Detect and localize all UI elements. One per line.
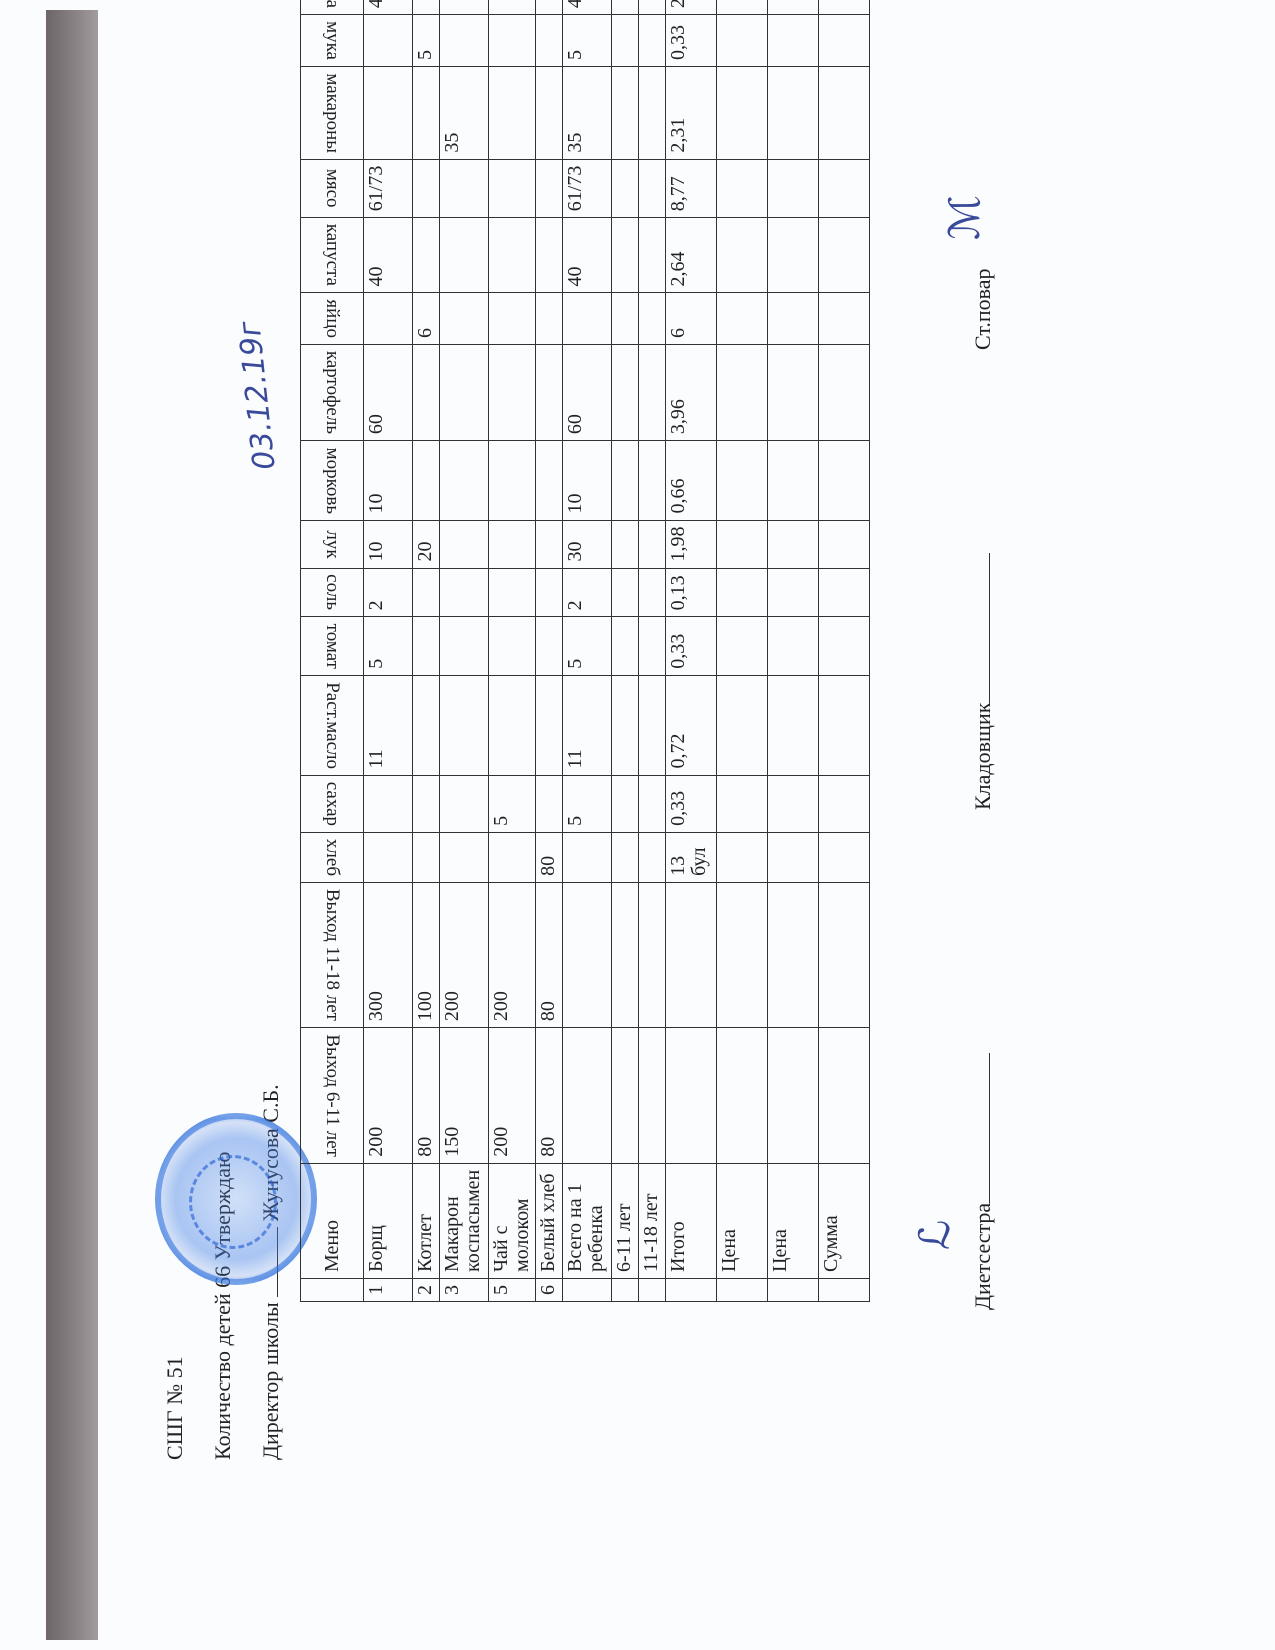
ingredient-amount: 5 bbox=[364, 617, 413, 675]
output-6-11 bbox=[717, 1028, 768, 1164]
ingredient-amount bbox=[768, 159, 819, 218]
ingredient-amount bbox=[639, 675, 666, 775]
ingredient-amount bbox=[717, 441, 768, 520]
ingredient-amount bbox=[489, 568, 536, 617]
ingredient-amount: 3,96 bbox=[666, 345, 717, 441]
ingredient-amount bbox=[819, 832, 870, 882]
ingredient-amount bbox=[536, 617, 563, 675]
ingredient-amount bbox=[612, 218, 639, 293]
ingredient-amount bbox=[819, 520, 870, 568]
output-11-18: 100 bbox=[413, 882, 440, 1027]
ingredient-amount bbox=[639, 293, 666, 345]
header-ingredient: яйцо bbox=[301, 293, 364, 345]
ingredient-amount bbox=[639, 15, 666, 67]
ingredient-amount bbox=[612, 675, 639, 775]
ingredient-amount: 40 bbox=[563, 0, 612, 15]
output-6-11 bbox=[768, 1028, 819, 1164]
ingredient-amount bbox=[819, 345, 870, 441]
header-ingredient-label: мука bbox=[322, 21, 342, 60]
ingredient-amount bbox=[440, 520, 489, 568]
ingredient-amount bbox=[364, 67, 413, 160]
ingredient-amount bbox=[639, 67, 666, 160]
ingredient-amount: 60 bbox=[563, 345, 612, 441]
ingredient-amount: 10 bbox=[364, 441, 413, 520]
ingredient-amount bbox=[489, 293, 536, 345]
table-header-row: Меню Выход 6-11 лет Выход 11-18 лет хлеб… bbox=[301, 0, 364, 1302]
row-number bbox=[612, 1279, 639, 1302]
ingredient-amount bbox=[536, 218, 563, 293]
ingredient-amount bbox=[440, 15, 489, 67]
ingredient-amount bbox=[364, 15, 413, 67]
ingredient-amount: 35 bbox=[563, 67, 612, 160]
storekeeper-signature: Кладовщик bbox=[970, 553, 996, 810]
ingredient-amount bbox=[717, 675, 768, 775]
output-11-18 bbox=[639, 882, 666, 1027]
ingredient-amount bbox=[768, 293, 819, 345]
ingredient-amount bbox=[536, 159, 563, 218]
header-output-11-18: Выход 11-18 лет bbox=[301, 882, 364, 1027]
header-ingredient-label: макароны bbox=[322, 73, 342, 153]
row-number: 5 bbox=[489, 1279, 536, 1302]
ingredient-amount bbox=[536, 0, 563, 15]
ingredient-amount bbox=[612, 775, 639, 832]
ingredient-amount bbox=[440, 159, 489, 218]
table-row: Цена bbox=[768, 0, 819, 1302]
ingredient-amount bbox=[612, 568, 639, 617]
ingredient-amount bbox=[536, 675, 563, 775]
dish-name: Чай с молоком bbox=[489, 1163, 536, 1278]
ingredient-amount bbox=[819, 675, 870, 775]
ingredient-amount bbox=[612, 67, 639, 160]
ingredient-amount bbox=[819, 293, 870, 345]
ingredient-amount bbox=[413, 345, 440, 441]
output-6-11 bbox=[563, 1028, 612, 1164]
ingredient-amount bbox=[489, 67, 536, 160]
ingredient-amount: 80 bbox=[536, 832, 563, 882]
ingredient-amount bbox=[819, 67, 870, 160]
school-seal-stamp-icon bbox=[155, 1113, 317, 1285]
ingredient-amount bbox=[612, 345, 639, 441]
header-ingredient: томат bbox=[301, 617, 364, 675]
table-row: 6Белый хлеб808080 bbox=[536, 0, 563, 1302]
ingredient-amount bbox=[639, 568, 666, 617]
header-ingredient: Раст.масло bbox=[301, 675, 364, 775]
dish-name: Итого bbox=[666, 1163, 717, 1278]
table-row: 11-18 лет bbox=[639, 0, 666, 1302]
dietitian-signature-line bbox=[989, 1053, 990, 1203]
ingredient-amount bbox=[413, 775, 440, 832]
ingredient-amount: 61/73 bbox=[563, 159, 612, 218]
head-cook-signature: Ст.повар bbox=[970, 269, 996, 350]
dish-name: Всего на 1 ребенка bbox=[563, 1163, 612, 1278]
menu-table-body: 1Борщ20030011521010604061/73402Котлет801… bbox=[364, 0, 870, 1302]
ingredient-amount bbox=[717, 67, 768, 160]
ingredient-amount bbox=[563, 832, 612, 882]
row-number: 3 bbox=[440, 1279, 489, 1302]
ingredient-amount: 2,64 bbox=[666, 218, 717, 293]
row-number bbox=[563, 1279, 612, 1302]
ingredient-amount bbox=[639, 617, 666, 675]
ingredient-amount: 40 bbox=[364, 218, 413, 293]
header-ingredient-label: Раст.масло bbox=[322, 682, 342, 769]
ingredient-amount bbox=[612, 159, 639, 218]
ingredient-amount bbox=[489, 159, 536, 218]
ingredient-amount bbox=[536, 775, 563, 832]
ingredient-amount bbox=[768, 441, 819, 520]
ingredient-amount bbox=[717, 617, 768, 675]
ingredient-amount bbox=[768, 520, 819, 568]
ingredient-amount bbox=[536, 67, 563, 160]
ingredient-amount bbox=[364, 293, 413, 345]
header-ingredient-label: морковь bbox=[322, 447, 342, 513]
ingredient-amount bbox=[639, 520, 666, 568]
ingredient-amount: 60 bbox=[364, 345, 413, 441]
children-count-label: Количество детей 66 bbox=[210, 1266, 235, 1460]
ingredient-amount bbox=[717, 775, 768, 832]
dish-name: 11-18 лет bbox=[639, 1163, 666, 1278]
stamp-emblem-icon bbox=[189, 1155, 277, 1249]
ingredient-amount: 40 bbox=[364, 0, 413, 15]
ingredient-amount bbox=[768, 617, 819, 675]
ingredient-amount bbox=[364, 775, 413, 832]
head-cook-signature-scribble: ℳ bbox=[940, 195, 989, 240]
ingredient-amount: 40 bbox=[563, 218, 612, 293]
ingredient-amount bbox=[364, 832, 413, 882]
ingredient-amount bbox=[536, 293, 563, 345]
table-row: 1Борщ20030011521010604061/7340 bbox=[364, 0, 413, 1302]
ingredient-amount bbox=[536, 345, 563, 441]
school-title: СШГ № 51 bbox=[162, 1356, 188, 1460]
table-row: 5Чай с молоком20020050,210 bbox=[489, 0, 536, 1302]
table-row: Итого13 бул0,330,720,330,131,980,663,966… bbox=[666, 0, 717, 1302]
ingredient-amount bbox=[768, 15, 819, 67]
ingredient-amount bbox=[717, 159, 768, 218]
ingredient-amount bbox=[612, 617, 639, 675]
header-ingredient: капуста bbox=[301, 218, 364, 293]
ingredient-amount bbox=[612, 15, 639, 67]
ingredient-amount bbox=[639, 775, 666, 832]
ingredient-amount bbox=[612, 832, 639, 882]
header-ingredient-label: мясо bbox=[322, 166, 342, 212]
ingredient-amount bbox=[717, 345, 768, 441]
output-11-18 bbox=[612, 882, 639, 1027]
ingredient-amount bbox=[440, 775, 489, 832]
ingredient-amount: 6 bbox=[666, 293, 717, 345]
output-6-11 bbox=[819, 1028, 870, 1164]
header-ingredient: картофель bbox=[301, 345, 364, 441]
output-11-18: 80 bbox=[536, 882, 563, 1027]
header-ingredient-label: сахар bbox=[322, 782, 342, 826]
ingredient-amount: 0,33 bbox=[666, 15, 717, 67]
ingredient-amount bbox=[768, 775, 819, 832]
ingredient-amount bbox=[489, 441, 536, 520]
ingredient-amount bbox=[413, 67, 440, 160]
output-11-18 bbox=[563, 882, 612, 1027]
output-11-18 bbox=[819, 882, 870, 1027]
output-11-18: 200 bbox=[489, 882, 536, 1027]
header-ingredient-label: картофель bbox=[322, 351, 342, 434]
ingredient-amount bbox=[440, 0, 489, 15]
scanner-binding-edge bbox=[46, 10, 98, 1640]
ingredient-amount bbox=[768, 218, 819, 293]
ingredient-amount bbox=[612, 520, 639, 568]
dish-name: Котлет bbox=[413, 1163, 440, 1278]
table-row: 3Макарон коспасымен15020035 bbox=[440, 0, 489, 1302]
ingredient-amount bbox=[717, 218, 768, 293]
dish-name: Цена bbox=[768, 1163, 819, 1278]
ingredient-amount bbox=[819, 218, 870, 293]
ingredient-amount bbox=[489, 218, 536, 293]
ingredient-amount bbox=[489, 15, 536, 67]
table-row: Цена bbox=[717, 0, 768, 1302]
table-row: 2Котлет80100206510 bbox=[413, 0, 440, 1302]
ingredient-amount bbox=[440, 617, 489, 675]
dietitian-label: Диетсестра bbox=[970, 1203, 995, 1310]
ingredient-amount bbox=[413, 675, 440, 775]
ingredient-amount: 13 бул bbox=[666, 832, 717, 882]
ingredient-amount bbox=[819, 775, 870, 832]
handwritten-date: 03.12.19г bbox=[232, 319, 282, 471]
ingredient-amount bbox=[768, 675, 819, 775]
head-cook-label: Ст.повар bbox=[970, 269, 995, 350]
table-row: 6-11 лет bbox=[612, 0, 639, 1302]
ingredient-amount bbox=[489, 675, 536, 775]
ingredient-amount bbox=[413, 159, 440, 218]
director-label: Директор школы bbox=[258, 1302, 283, 1460]
ingredient-amount: 2,31 bbox=[666, 67, 717, 160]
dish-name: 6-11 лет bbox=[612, 1163, 639, 1278]
header-ingredient: мясо bbox=[301, 159, 364, 218]
ingredient-amount bbox=[639, 0, 666, 15]
output-6-11: 80 bbox=[413, 1028, 440, 1164]
ingredient-amount: 5 bbox=[563, 15, 612, 67]
ingredient-amount bbox=[612, 0, 639, 15]
ingredient-amount bbox=[639, 345, 666, 441]
ingredient-amount bbox=[440, 441, 489, 520]
ingredient-amount bbox=[717, 520, 768, 568]
header-num bbox=[301, 1279, 364, 1302]
ingredient-amount: 11 bbox=[563, 675, 612, 775]
output-6-11: 200 bbox=[489, 1028, 536, 1164]
dish-name: Белый хлеб bbox=[536, 1163, 563, 1278]
output-6-11 bbox=[639, 1028, 666, 1164]
header-output-6-11-label: Выход 6-11 лет bbox=[322, 1034, 342, 1157]
ingredient-amount bbox=[489, 520, 536, 568]
ingredient-amount bbox=[768, 568, 819, 617]
ingredient-amount bbox=[413, 0, 440, 15]
ingredient-amount: 8,77 bbox=[666, 159, 717, 218]
ingredient-amount bbox=[717, 0, 768, 15]
rotated-page: СШГ № 51 Количество детей 66 Утверждаю Д… bbox=[140, 0, 1020, 1500]
ingredient-amount: 5 bbox=[413, 15, 440, 67]
ingredient-amount bbox=[612, 293, 639, 345]
ingredient-amount: 0,13 bbox=[666, 568, 717, 617]
header-ingredient: макароны bbox=[301, 67, 364, 160]
ingredient-amount bbox=[413, 617, 440, 675]
ingredient-amount bbox=[639, 441, 666, 520]
header-ingredient: морковь bbox=[301, 441, 364, 520]
ingredient-amount bbox=[440, 675, 489, 775]
ingredient-amount: 2,64 bbox=[666, 0, 717, 15]
ingredient-amount bbox=[819, 0, 870, 15]
output-11-18: 200 bbox=[440, 882, 489, 1027]
output-6-11 bbox=[666, 1028, 717, 1164]
ingredient-amount bbox=[489, 617, 536, 675]
row-number bbox=[639, 1279, 666, 1302]
output-11-18 bbox=[666, 882, 717, 1027]
ingredient-amount: 35 bbox=[440, 67, 489, 160]
ingredient-amount: 0,72 bbox=[666, 675, 717, 775]
ingredient-amount bbox=[413, 568, 440, 617]
ingredient-amount: 2 bbox=[364, 568, 413, 617]
ingredient-amount bbox=[768, 345, 819, 441]
header-ingredient-label: капуста bbox=[322, 224, 342, 286]
dish-name: Борщ bbox=[364, 1163, 413, 1278]
ingredient-amount bbox=[717, 293, 768, 345]
ingredient-amount: 0,33 bbox=[666, 617, 717, 675]
ingredient-amount bbox=[563, 293, 612, 345]
ingredient-amount: 6 bbox=[413, 293, 440, 345]
header-output-6-11: Выход 6-11 лет bbox=[301, 1028, 364, 1164]
ingredient-amount bbox=[819, 568, 870, 617]
row-number bbox=[819, 1279, 870, 1302]
ingredient-amount: 0,33 bbox=[666, 775, 717, 832]
ingredient-amount: 5 bbox=[563, 617, 612, 675]
header-ingredient: мука bbox=[301, 15, 364, 67]
dish-name: Цена bbox=[717, 1163, 768, 1278]
ingredient-amount bbox=[819, 159, 870, 218]
output-6-11: 200 bbox=[364, 1028, 413, 1164]
header-ingredient-label: соль bbox=[322, 575, 342, 611]
ingredient-amount bbox=[536, 441, 563, 520]
ingredient-amount bbox=[413, 832, 440, 882]
output-11-18 bbox=[768, 882, 819, 1027]
table-row: Сумма bbox=[819, 0, 870, 1302]
row-number: 1 bbox=[364, 1279, 413, 1302]
storekeeper-signature-line bbox=[989, 553, 990, 703]
ingredient-amount bbox=[717, 568, 768, 617]
ingredient-amount bbox=[717, 832, 768, 882]
ingredient-amount bbox=[536, 568, 563, 617]
output-11-18 bbox=[717, 882, 768, 1027]
ingredient-amount bbox=[819, 617, 870, 675]
ingredient-amount bbox=[413, 441, 440, 520]
header-ingredient-label: яйцо bbox=[322, 299, 342, 338]
ingredient-amount bbox=[440, 345, 489, 441]
table-row: Всего на 1 ребенка511523010604061/733554… bbox=[563, 0, 612, 1302]
header-ingredient-label: томат bbox=[322, 623, 342, 668]
header-ingredient-label: лук bbox=[322, 527, 342, 562]
header-ingredient: соль bbox=[301, 568, 364, 617]
ingredient-amount bbox=[440, 293, 489, 345]
ingredient-amount bbox=[413, 218, 440, 293]
ingredient-amount: 10 bbox=[364, 520, 413, 568]
dietitian-signature-scribble: ℒ bbox=[910, 1220, 959, 1250]
output-6-11 bbox=[612, 1028, 639, 1164]
ingredient-amount bbox=[536, 520, 563, 568]
ingredient-amount: 20 bbox=[413, 520, 440, 568]
ingredient-amount: 61/73 bbox=[364, 159, 413, 218]
row-number: 6 bbox=[536, 1279, 563, 1302]
ingredient-amount bbox=[768, 0, 819, 15]
ingredient-amount bbox=[768, 832, 819, 882]
ingredient-amount: 30 bbox=[563, 520, 612, 568]
ingredient-amount bbox=[440, 832, 489, 882]
header-menu: Меню bbox=[301, 1163, 364, 1278]
ingredient-amount: 5 bbox=[489, 775, 536, 832]
row-number: 2 bbox=[413, 1279, 440, 1302]
header-ingredient: свекла bbox=[301, 0, 364, 15]
dish-name: Макарон коспасымен bbox=[440, 1163, 489, 1278]
ingredient-amount: 10 bbox=[563, 441, 612, 520]
ingredient-amount bbox=[819, 15, 870, 67]
menu-table: Меню Выход 6-11 лет Выход 11-18 лет хлеб… bbox=[300, 0, 870, 1302]
storekeeper-label: Кладовщик bbox=[970, 703, 995, 810]
header-ingredient: лук bbox=[301, 520, 364, 568]
row-number bbox=[666, 1279, 717, 1302]
header-ingredient: хлеб bbox=[301, 832, 364, 882]
header-ingredient: сахар bbox=[301, 775, 364, 832]
dish-name: Сумма bbox=[819, 1163, 870, 1278]
dietitian-signature: Диетсестра bbox=[970, 1053, 996, 1310]
ingredient-amount bbox=[536, 15, 563, 67]
ingredient-amount bbox=[440, 568, 489, 617]
ingredient-amount: 2 bbox=[563, 568, 612, 617]
ingredient-amount bbox=[819, 441, 870, 520]
ingredient-amount bbox=[717, 15, 768, 67]
row-number bbox=[717, 1279, 768, 1302]
output-11-18: 300 bbox=[364, 882, 413, 1027]
ingredient-amount bbox=[489, 832, 536, 882]
output-6-11: 150 bbox=[440, 1028, 489, 1164]
header-ingredient-label: хлеб bbox=[322, 839, 342, 876]
header-menu-label: Меню bbox=[321, 1220, 343, 1272]
ingredient-amount bbox=[440, 218, 489, 293]
ingredient-amount bbox=[639, 832, 666, 882]
ingredient-amount bbox=[768, 67, 819, 160]
ingredient-amount bbox=[612, 441, 639, 520]
ingredient-amount bbox=[639, 218, 666, 293]
header-output-11-18-label: Выход 11-18 лет bbox=[322, 889, 342, 1021]
output-6-11: 80 bbox=[536, 1028, 563, 1164]
ingredient-amount: 11 bbox=[364, 675, 413, 775]
ingredient-amount bbox=[489, 345, 536, 441]
ingredient-amount: 1,98 bbox=[666, 520, 717, 568]
ingredient-amount bbox=[639, 159, 666, 218]
header-ingredient-label: свекла bbox=[322, 0, 342, 8]
row-number bbox=[768, 1279, 819, 1302]
ingredient-amount bbox=[489, 0, 536, 15]
ingredient-amount: 0,66 bbox=[666, 441, 717, 520]
ingredient-amount: 5 bbox=[563, 775, 612, 832]
